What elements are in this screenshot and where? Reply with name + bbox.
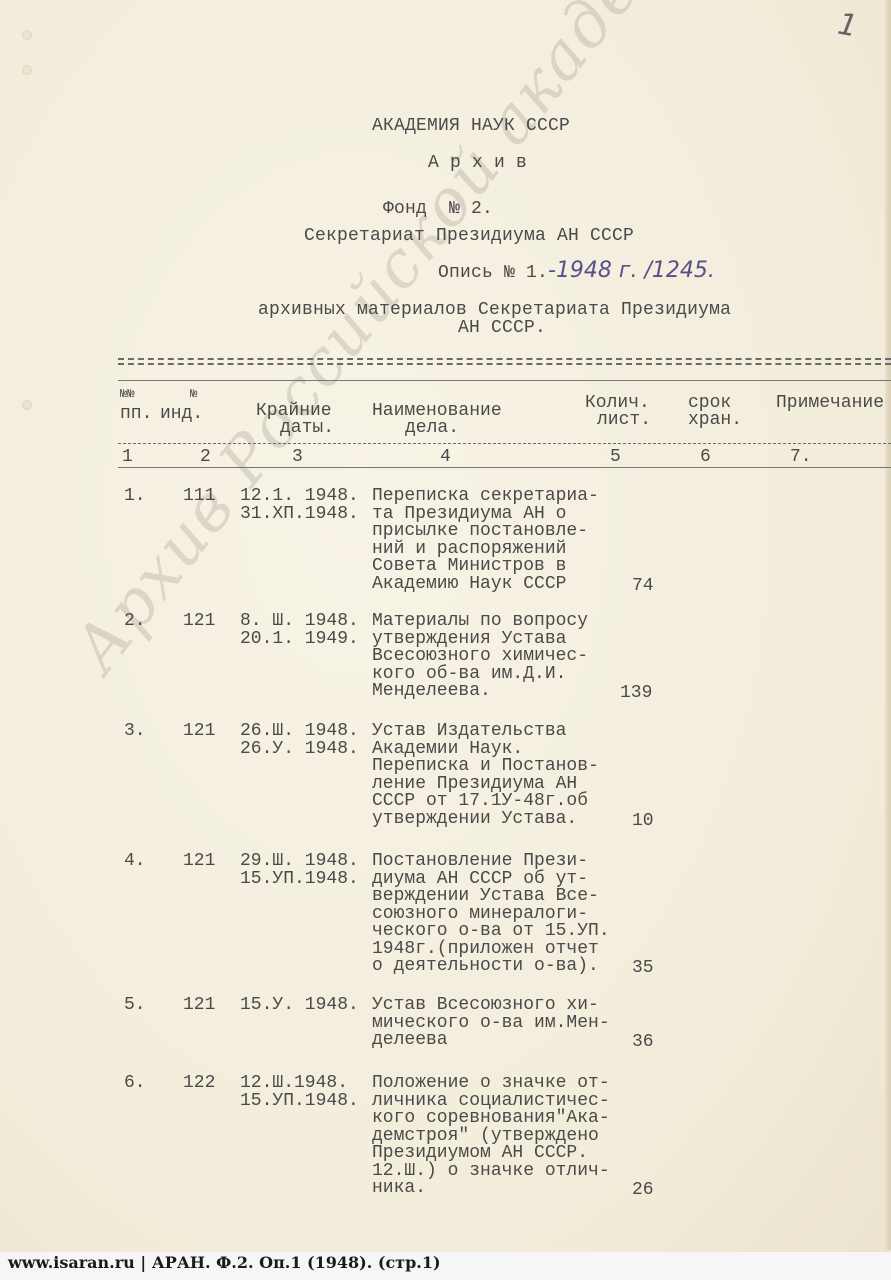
row-index: 111 xyxy=(183,488,215,505)
col-1-label: пп. xyxy=(120,406,152,423)
col-num-3: 3 xyxy=(292,449,303,466)
punch-hole xyxy=(22,30,32,40)
row-number: 1. xyxy=(124,488,146,505)
row-date: 12.Ш.1948. xyxy=(240,1075,348,1092)
archive-title: А р х и в xyxy=(428,155,527,172)
fond-name: Секретариат Президиума АН СССР xyxy=(304,228,634,245)
row-number: 4. xyxy=(124,853,146,870)
col-num-1: 1 xyxy=(122,449,133,466)
row-title-line: мического о-ва им.Мен- xyxy=(372,1015,610,1032)
header-rule xyxy=(118,380,891,381)
col-1-symbol: №№ xyxy=(120,386,134,403)
row-title-line: Устав Всесоюзного хи- xyxy=(372,997,599,1014)
row-index: 121 xyxy=(183,723,215,740)
row-date: 29.Ш. 1948. xyxy=(240,853,359,870)
col-3-label-2: даты. xyxy=(280,420,334,437)
row-title-line: диума АН СССР об ут- xyxy=(372,871,588,888)
subtitle-line2: АН СССР. xyxy=(458,320,546,337)
row-title-line: демстроя" (утверждено xyxy=(372,1128,599,1145)
row-number: 3. xyxy=(124,723,146,740)
opis-label: Опись № 1. xyxy=(438,265,548,282)
row-date: 15.У. 1948. xyxy=(240,997,359,1014)
row-title-line: та Президиума АН о xyxy=(372,506,566,523)
subtitle-line1: архивных материалов Секретариата Президи… xyxy=(258,302,731,319)
row-title-line: союзного минералоги- xyxy=(372,906,588,923)
row-sheets: 26 xyxy=(632,1182,654,1199)
col-num-2: 2 xyxy=(200,449,211,466)
row-sheets: 35 xyxy=(632,960,654,977)
col-num-7: 7. xyxy=(790,449,812,466)
row-index: 121 xyxy=(183,853,215,870)
row-title-line: кого об-ва им.Д.И. xyxy=(372,666,566,683)
row-title-line: делеева xyxy=(372,1032,448,1049)
col-num-5: 5 xyxy=(610,449,621,466)
header-number-rule xyxy=(118,443,891,444)
row-title-line: Менделеева. xyxy=(372,683,491,700)
row-title-line: Совета Министров в xyxy=(372,558,566,575)
row-title-line: Материалы по вопросу xyxy=(372,613,588,630)
row-sheets: 74 xyxy=(632,578,654,595)
row-title-line: 1948г.(приложен отчет xyxy=(372,941,599,958)
row-title-line: Переписка и Постанов- xyxy=(372,758,599,775)
row-date: 26.У. 1948. xyxy=(240,741,359,758)
row-date: 15.УП.1948. xyxy=(240,871,359,888)
row-index: 121 xyxy=(183,997,215,1014)
row-title-line: СССР от 17.1У-48г.об xyxy=(372,793,588,810)
footer-caption: www.isaran.ru | АРАН. Ф.2. Оп.1 (1948). … xyxy=(8,1253,441,1272)
row-title-line: личника социалистичес- xyxy=(372,1093,610,1110)
opis-handwritten: -1948 г. /1245. xyxy=(548,258,715,283)
row-title-line: ление Президиума АН xyxy=(372,776,577,793)
punch-hole xyxy=(22,65,32,75)
fond-number: Фонд № 2. xyxy=(383,201,493,218)
double-rule xyxy=(118,363,891,365)
row-date: 8. Ш. 1948. xyxy=(240,613,359,630)
punch-hole xyxy=(22,400,32,410)
row-number: 2. xyxy=(124,613,146,630)
row-date: 15.УП.1948. xyxy=(240,1093,359,1110)
row-number: 5. xyxy=(124,997,146,1014)
col-2-symbol: № xyxy=(190,386,197,403)
row-date: 26.Ш. 1948. xyxy=(240,723,359,740)
row-title-line: верждении Устава Все- xyxy=(372,888,599,905)
double-rule xyxy=(118,358,891,360)
row-title-line: Положение о значке от- xyxy=(372,1075,610,1092)
row-title-line: утверждении Устава. xyxy=(372,811,577,828)
row-number: 6. xyxy=(124,1075,146,1092)
row-date: 31.ХП.1948. xyxy=(240,506,359,523)
row-title-line: о деятельности о-ва). xyxy=(372,958,599,975)
col-7-label: Примечание xyxy=(776,395,884,412)
row-date: 20.1. 1949. xyxy=(240,631,359,648)
row-title-line: ческого о-ва от 15.УП. xyxy=(372,923,610,940)
row-title-line: присылке постановле- xyxy=(372,523,588,540)
col-num-6: 6 xyxy=(700,449,711,466)
row-title-line: Академии Наук. xyxy=(372,741,523,758)
row-index: 121 xyxy=(183,613,215,630)
row-index: 122 xyxy=(183,1075,215,1092)
col-5-label-2: лист. xyxy=(597,412,651,429)
row-sheets: 10 xyxy=(632,813,654,830)
row-title-line: утверждения Устава xyxy=(372,631,566,648)
row-title-line: ний и распоряжений xyxy=(372,541,566,558)
row-title-line: Президиумом АН СССР. xyxy=(372,1145,588,1162)
row-date: 12.1. 1948. xyxy=(240,488,359,505)
row-title-line: 12.Ш.) о значке отлич- xyxy=(372,1163,610,1180)
row-title-line: Постановление Прези- xyxy=(372,853,588,870)
page-edge xyxy=(885,0,891,1250)
header-bottom-rule xyxy=(118,467,891,468)
row-title-line: Всесоюзного химичес- xyxy=(372,648,588,665)
org-title: АКАДЕМИЯ НАУК СССР xyxy=(372,118,570,135)
row-title-line: Академию Наук СССР xyxy=(372,576,566,593)
row-title-line: Устав Издательства xyxy=(372,723,566,740)
col-6-label-2: хран. xyxy=(688,412,742,429)
row-title-line: Переписка секретариа- xyxy=(372,488,599,505)
row-sheets: 139 xyxy=(620,685,652,702)
col-num-4: 4 xyxy=(440,449,451,466)
row-title-line: кого соревнования"Ака- xyxy=(372,1110,610,1127)
row-sheets: 36 xyxy=(632,1034,654,1051)
row-title-line: ника. xyxy=(372,1180,426,1197)
col-2-label: инд. xyxy=(160,406,203,423)
col-4-label-2: дела. xyxy=(405,420,459,437)
